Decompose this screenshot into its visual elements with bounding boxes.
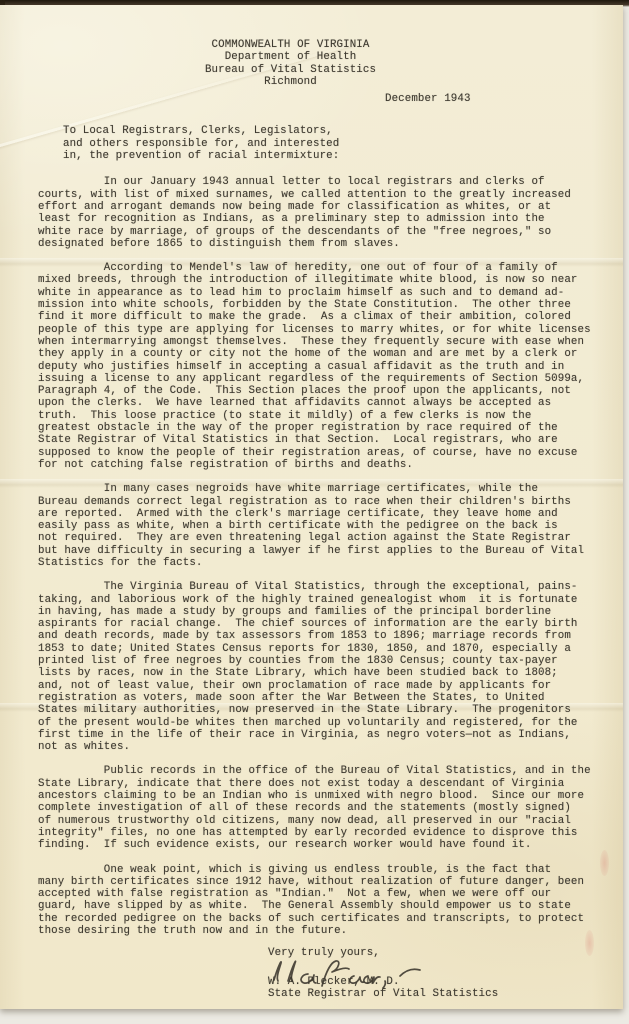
letter-paper: COMMONWEALTH OF VIRGINIA Department of H… [0,5,623,1009]
paragraph-5: Public records in the office of the Bure… [38,765,595,851]
handwritten-signature-scribble-icon [264,954,436,990]
closing-block: Very truly yours, W. A. Plecker, M. D. S… [268,947,595,1000]
paragraph-4: The Virginia Bureau of Vital Statistics,… [38,581,595,753]
paragraph-3: In many cases negroids have white marria… [38,483,595,569]
paragraph-1: In our January 1943 annual letter to loc… [38,176,595,250]
paragraph-6: One weak point, which is giving us endle… [38,864,595,938]
letter-photograph: COMMONWEALTH OF VIRGINIA Department of H… [0,0,629,1024]
salutation: To Local Registrars, Clerks, Legislators… [63,125,595,162]
paragraph-2: According to Mendel's law of heredity, o… [38,262,595,471]
letter-content: COMMONWEALTH OF VIRGINIA Department of H… [0,5,623,1009]
letterhead: COMMONWEALTH OF VIRGINIA Department of H… [38,39,543,88]
date-line: December 1943 [38,93,595,105]
